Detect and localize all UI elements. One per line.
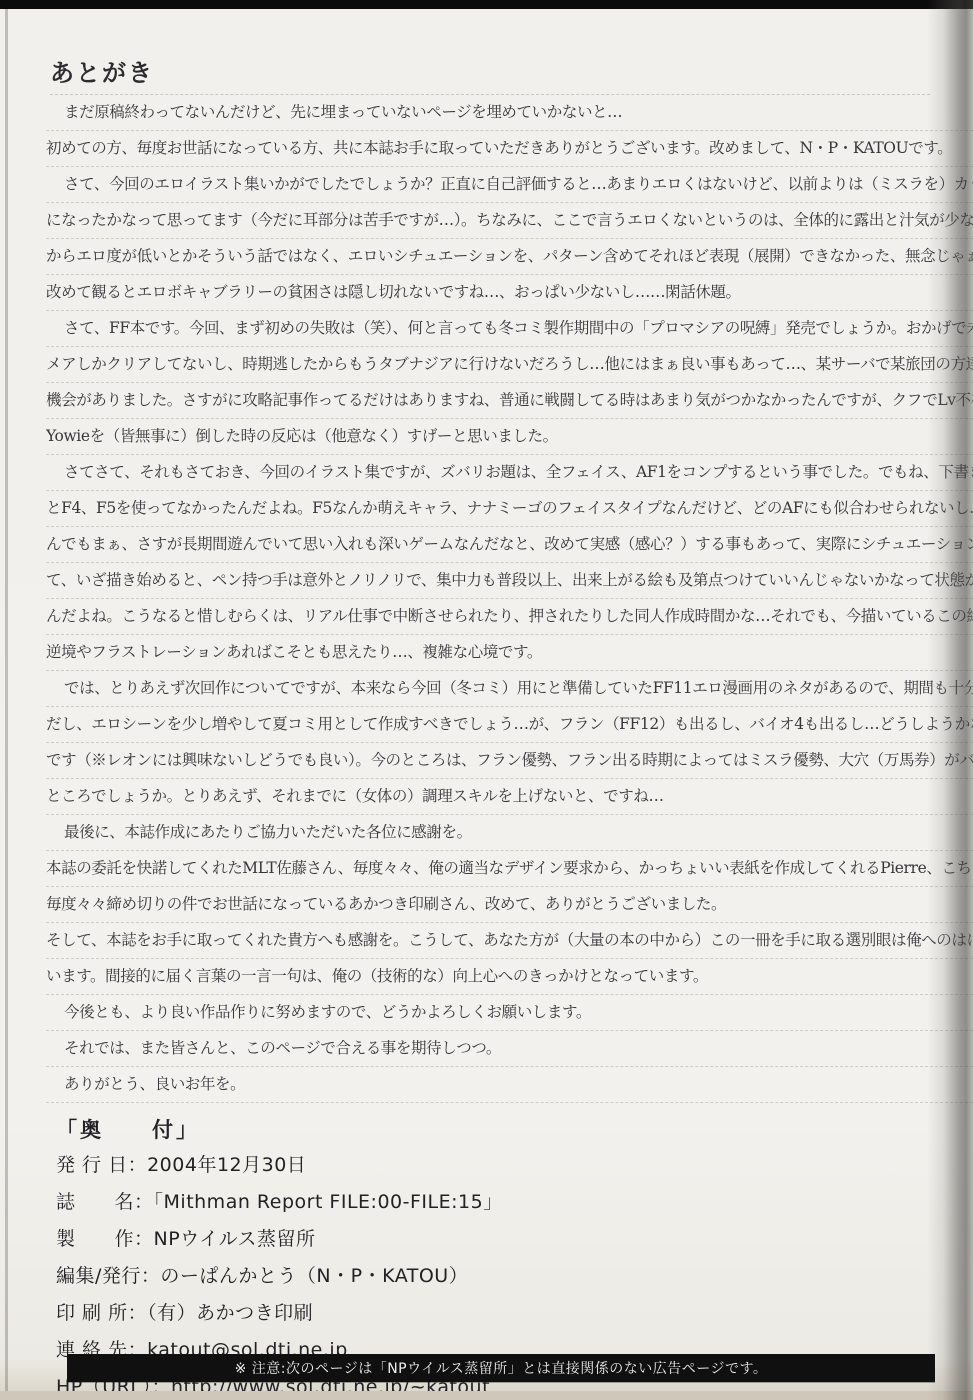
afterword-line: になったかなって思ってます（今だに耳部分は苦手ですが…）。ちなみに、ここで言うエ… (46, 203, 973, 239)
afterword-line: 本誌の委託を快諾してくれたMLT佐藤さん、毎度々々、俺の適当なデザイン要求から、… (46, 851, 973, 887)
afterword-line: まだ原稿終わってないんだけど、先に埋まっていないページを埋めていかないと… (46, 95, 973, 131)
afterword-line: さて、今回のエロイラスト集いかがでしたでしょうか？正直に自己評価すると…あまりエ… (46, 167, 973, 203)
colophon-row: 誌 名：「Mithman Report FILE:00-FILE:15」 (56, 1184, 973, 1221)
afterword-line: ありがとう、良いお年を。 (46, 1067, 973, 1103)
colophon-label: 編集/発行： (56, 1265, 160, 1287)
footer-notice-bar: ※ 注意:次のページは「NPウイルス蒸留所」とは直接関係のない広告ページです。 (67, 1354, 935, 1382)
afterword-section: あとがき まだ原稿終わってないんだけど、先に埋まっていないページを埋めていかない… (0, 9, 973, 1400)
scan-bottom-edge (0, 1391, 973, 1400)
afterword-line: 最後に、本誌作成にあたりご協力いただいた各位に感謝を。 (46, 815, 973, 851)
afterword-line: 毎度々々締め切りの件でお世話になっているあかつき印刷さん、改めて、ありがとうござ… (46, 887, 973, 923)
top-black-bar (0, 0, 973, 9)
afterword-line: 改めて観るとエロボキャブラリーの貧困さは隠し切れないですね…、おっぱい少ないし…… (46, 275, 973, 311)
colophon-label: 製 作： (56, 1228, 154, 1250)
colophon-row: 製 作：NPウイルス蒸留所 (56, 1221, 973, 1258)
colophon-label: 印 刷 所： (56, 1302, 147, 1324)
colophon-label: 発 行 日： (56, 1154, 147, 1176)
afterword-line: からエロ度が低いとかそういう話ではなく、エロいシチュエーションを、パターン含めて… (46, 239, 973, 275)
afterword-line: います。間接的に届く言葉の一言一句は、俺の（技術的な）向上心へのきっかけとなって… (46, 959, 973, 995)
footer-notice-text: ※ 注意:次のページは「NPウイルス蒸留所」とは直接関係のない広告ページです。 (235, 1358, 768, 1378)
colophon-value: （有）あかつき印刷 (147, 1302, 313, 1324)
afterword-line: では、とりあえず次回作についてですが、本来なら今回（冬コミ）用にと準備していたF… (46, 671, 973, 707)
afterword-line: んでもまぁ、さすが長期間遊んでいて思い入れも深いゲームなんだなと、改めて実感（感… (46, 527, 973, 563)
scanned-page: あとがき まだ原稿終わってないんだけど、先に埋まっていないページを埋めていかない… (0, 0, 973, 1400)
afterword-line: ところでしょうか。とりあえず、それまでに（女体の）調理スキルを上げないと、ですね… (46, 779, 973, 815)
afterword-line: 今後とも、より良い作品作りに努めますので、どうかよろしくお願いします。 (46, 995, 973, 1031)
afterword-line: さて、FF本です。今回、まず初めの失敗は（笑）、何と言っても冬コミ製作期間中の「… (46, 311, 973, 347)
afterword-line: とF4、F5を使ってなかったんだよね。F5なんか萌えキャラ、ナナミーゴのフェイス… (46, 491, 973, 527)
colophon-value: 2004年12月30日 (147, 1154, 306, 1176)
afterword-body: まだ原稿終わってないんだけど、先に埋まっていないページを埋めていかないと…初めて… (46, 95, 973, 1103)
afterword-line: 機会がありました。さすがに攻略記事作ってるだけはありますね、普通に戦闘してる時は… (46, 383, 973, 419)
colophon-row: 編集/発行：のーぱんかとう（N・P・KATOU） (56, 1258, 973, 1295)
colophon-row: 印 刷 所：（有）あかつき印刷 (56, 1295, 973, 1332)
colophon-value: NPウイルス蒸留所 (154, 1228, 316, 1250)
afterword-title: あとがき (50, 53, 930, 95)
afterword-line: Yowieを（皆無事に）倒した時の反応は（他意なく）すげーと思いました。 (46, 419, 973, 455)
colophon-label: 誌 名： (56, 1191, 154, 1213)
afterword-line: て、いざ描き始めると、ペン持つ手は意外とノリノリで、集中力も普段以上、出来上がる… (46, 563, 973, 599)
page-left-edge-line (5, 9, 8, 1391)
afterword-line: 初めての方、毎度お世話になっている方、共に本誌お手に取っていただきありがとうござ… (46, 131, 973, 167)
afterword-line: 逆境やフラストレーションあればこそとも思えたり…、複雑な心境です。 (46, 635, 973, 671)
colophon-value: のーぱんかとう（N・P・KATOU） (160, 1265, 468, 1287)
afterword-line: んだよね。こうなると惜しむらくは、リアル仕事で中断させられたり、押されたりした同… (46, 599, 973, 635)
afterword-line: です（※レオンには興味ないしどうでも良い）。今のところは、フラン優勢、フラン出る… (46, 743, 973, 779)
colophon-value: 「Mithman Report FILE:00-FILE:15」 (154, 1191, 503, 1213)
afterword-line: メアしかクリアしてないし、時期逃したからもうタブナジアに行けないだろうし…他には… (46, 347, 973, 383)
afterword-line: それでは、また皆さんと、このページで合える事を期待しつつ。 (46, 1031, 973, 1067)
afterword-line: そして、本誌をお手に取ってくれた貴方へも感謝を。こうして、あなた方が（大量の本の… (46, 923, 973, 959)
afterword-line: さてさて、それもさておき、今回のイラスト集ですが、ズバリお題は、全フェイス、AF… (46, 455, 973, 491)
afterword-line: だし、エロシーンを少し増やして夏コミ用として作成すべきでしょう…が、フラン（FF… (46, 707, 973, 743)
colophon-title: 「奥 付」 (56, 1113, 973, 1147)
colophon-row: 発 行 日：2004年12月30日 (56, 1147, 973, 1184)
